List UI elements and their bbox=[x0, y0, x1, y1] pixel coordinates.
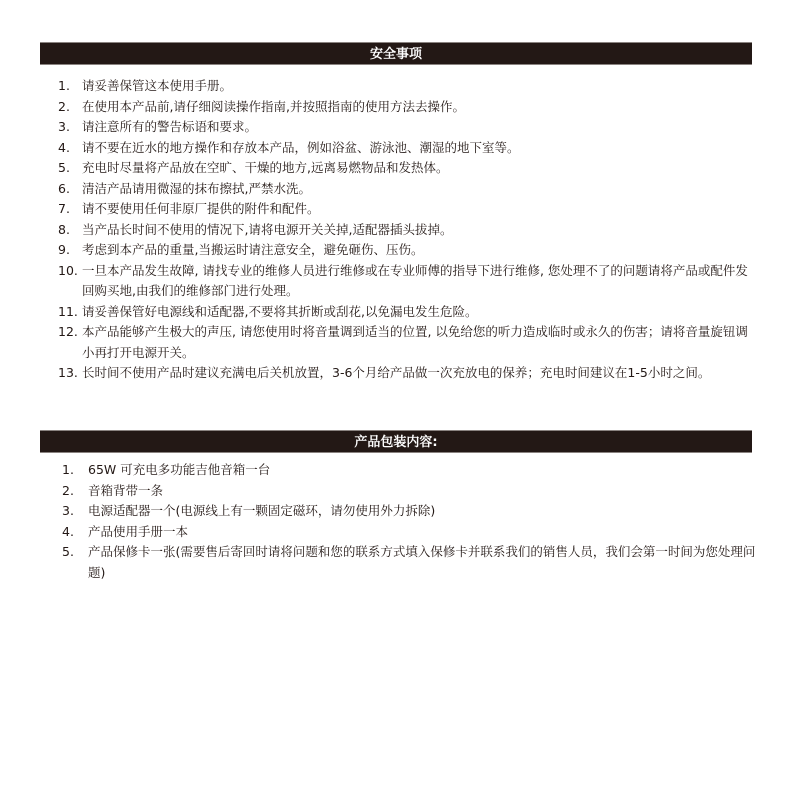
item-number: 5. bbox=[62, 542, 74, 563]
item-text: 清洁产品请用微湿的抹布擦拭,严禁水洗。 bbox=[82, 179, 758, 200]
safety-section-title: 安全事项 bbox=[370, 47, 422, 62]
safety-section-header: 安全事项 bbox=[40, 42, 752, 65]
list-item: 2.在使用本产品前,请仔细阅读操作指南,并按照指南的使用方法去操作。 bbox=[58, 97, 758, 118]
package-contents-list: 1. 65W 可充电多功能吉他音箱一台 2.音箱背带一条 3.电源适配器一个(电… bbox=[62, 460, 758, 583]
item-number: 2. bbox=[62, 481, 74, 502]
item-text: 请不要使用任何非原厂提供的附件和配件。 bbox=[82, 199, 758, 220]
list-item: 7.请不要使用任何非原厂提供的附件和配件。 bbox=[58, 199, 758, 220]
list-item: 3.电源适配器一个(电源线上有一颗固定磁环，请勿使用外力拆除) bbox=[62, 501, 758, 522]
item-text: 一旦本产品发生故障, 请找专业的维修人员进行维修或在专业师傅的指导下进行维修, … bbox=[82, 261, 758, 302]
item-number: 6. bbox=[58, 179, 70, 200]
list-item: 9.考虑到本产品的重量,当搬运时请注意安全，避免砸伤、压伤。 bbox=[58, 240, 758, 261]
item-text: 产品保修卡一张(需要售后寄回时请将问题和您的联系方式填入保修卡并联系我们的销售人… bbox=[88, 542, 758, 583]
list-item: 11.请妥善保管好电源线和适配器,不要将其折断或刮花,以免漏电发生危险。 bbox=[58, 302, 758, 323]
list-item: 3.请注意所有的警告标语和要求。 bbox=[58, 117, 758, 138]
item-text: 请不要在近水的地方操作和存放本产品，例如浴盆、游泳池、潮湿的地下室等。 bbox=[82, 138, 758, 159]
list-item: 2.音箱背带一条 bbox=[62, 481, 758, 502]
item-number: 10. bbox=[58, 261, 78, 282]
list-item: 8.当产品长时间不使用的情况下,请将电源开关关掉,适配器插头拔掉。 bbox=[58, 220, 758, 241]
item-text: 当产品长时间不使用的情况下,请将电源开关关掉,适配器插头拔掉。 bbox=[82, 220, 758, 241]
item-text: 请注意所有的警告标语和要求。 bbox=[82, 117, 758, 138]
list-item: 5.产品保修卡一张(需要售后寄回时请将问题和您的联系方式填入保修卡并联系我们的销… bbox=[62, 542, 758, 583]
item-number: 4. bbox=[62, 522, 74, 543]
list-item: 1.请妥善保管这本使用手册。 bbox=[58, 76, 758, 97]
package-section-header: 产品包装内容: bbox=[40, 430, 752, 453]
package-section-title: 产品包装内容: bbox=[354, 435, 437, 450]
list-item: 10.一旦本产品发生故障, 请找专业的维修人员进行维修或在专业师傅的指导下进行维… bbox=[58, 261, 758, 302]
item-number: 1. bbox=[58, 76, 70, 97]
item-number: 2. bbox=[58, 97, 70, 118]
item-number: 13. bbox=[58, 363, 78, 384]
item-number: 3. bbox=[58, 117, 70, 138]
item-text: 长时间不使用产品时建议充满电后关机放置，3-6个月给产品做一次充放电的保养；充电… bbox=[82, 363, 758, 384]
list-item: 1. 65W 可充电多功能吉他音箱一台 bbox=[62, 460, 758, 481]
item-text: 电源适配器一个(电源线上有一颗固定磁环，请勿使用外力拆除) bbox=[88, 501, 758, 522]
item-text: 65W 可充电多功能吉他音箱一台 bbox=[88, 460, 758, 481]
item-number: 4. bbox=[58, 138, 70, 159]
item-text: 本产品能够产生极大的声压, 请您使用时将音量调到适当的位置, 以免给您的听力造成… bbox=[82, 322, 758, 363]
item-number: 9. bbox=[58, 240, 70, 261]
safety-list: 1.请妥善保管这本使用手册。 2.在使用本产品前,请仔细阅读操作指南,并按照指南… bbox=[58, 76, 758, 384]
item-text: 音箱背带一条 bbox=[88, 481, 758, 502]
item-text: 产品使用手册一本 bbox=[88, 522, 758, 543]
item-text: 请妥善保管好电源线和适配器,不要将其折断或刮花,以免漏电发生危险。 bbox=[82, 302, 758, 323]
list-item: 6.清洁产品请用微湿的抹布擦拭,严禁水洗。 bbox=[58, 179, 758, 200]
list-item: 5.充电时尽量将产品放在空旷、干燥的地方,远离易燃物品和发热体。 bbox=[58, 158, 758, 179]
item-number: 12. bbox=[58, 322, 78, 343]
list-item: 4.产品使用手册一本 bbox=[62, 522, 758, 543]
list-item: 12.本产品能够产生极大的声压, 请您使用时将音量调到适当的位置, 以免给您的听… bbox=[58, 322, 758, 363]
item-text: 充电时尽量将产品放在空旷、干燥的地方,远离易燃物品和发热体。 bbox=[82, 158, 758, 179]
item-text: 在使用本产品前,请仔细阅读操作指南,并按照指南的使用方法去操作。 bbox=[82, 97, 758, 118]
item-number: 5. bbox=[58, 158, 70, 179]
item-text: 考虑到本产品的重量,当搬运时请注意安全，避免砸伤、压伤。 bbox=[82, 240, 758, 261]
item-number: 11. bbox=[58, 302, 78, 323]
item-number: 1. bbox=[62, 460, 74, 481]
list-item: 13.长时间不使用产品时建议充满电后关机放置，3-6个月给产品做一次充放电的保养… bbox=[58, 363, 758, 384]
item-number: 8. bbox=[58, 220, 70, 241]
item-number: 3. bbox=[62, 501, 74, 522]
item-number: 7. bbox=[58, 199, 70, 220]
list-item: 4.请不要在近水的地方操作和存放本产品，例如浴盆、游泳池、潮湿的地下室等。 bbox=[58, 138, 758, 159]
item-text: 请妥善保管这本使用手册。 bbox=[82, 76, 758, 97]
